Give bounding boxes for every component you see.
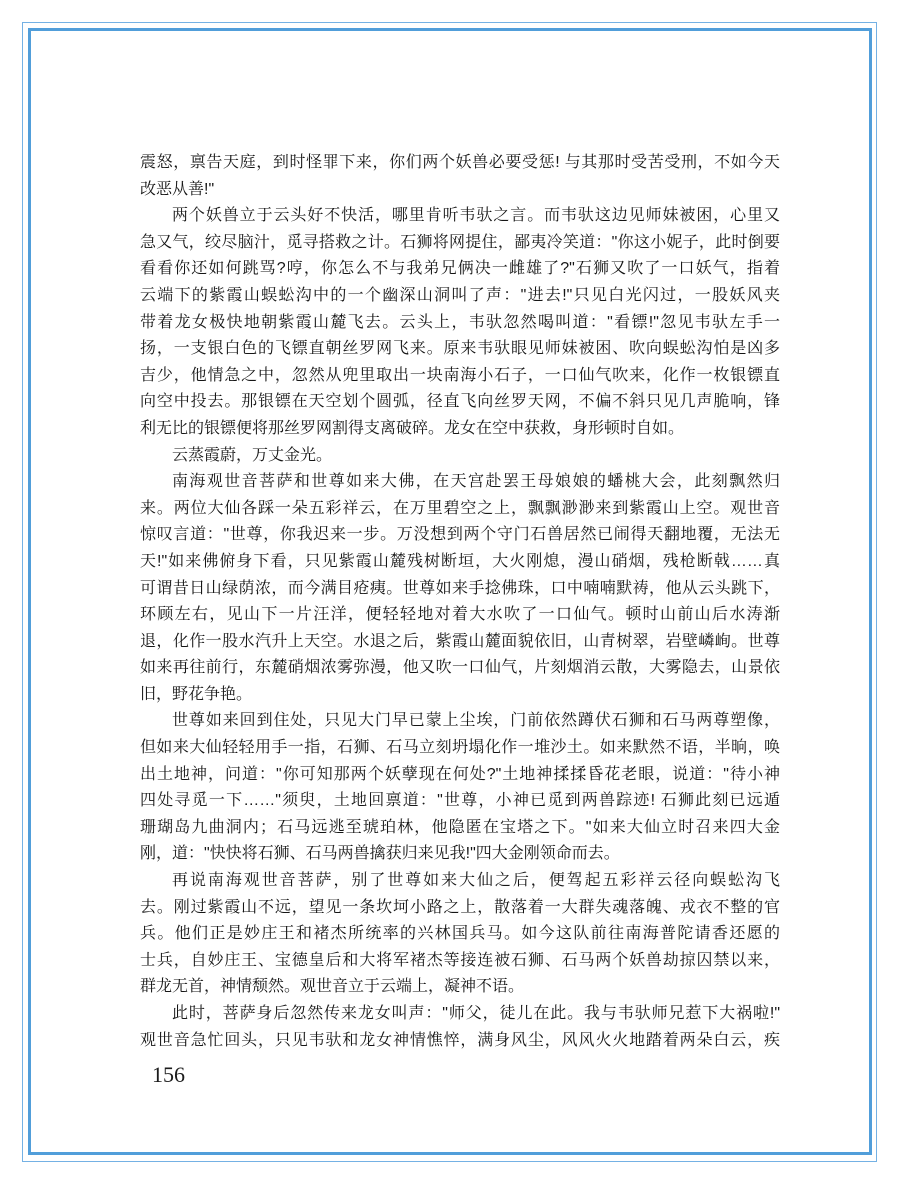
text-line: 带着龙女极快地朝紫霞山麓飞去。云头上，韦驮忽然喝叫道："看镖!"忽见韦驮左手一 <box>140 310 780 337</box>
text-line: 出土地神，问道："你可知那两个妖孽现在何处?"土地神揉揉昏花老眼，说道："待小神 <box>140 762 780 789</box>
paragraph: 云蒸霞蔚，万丈金光。 <box>140 443 780 470</box>
text-line: 云端下的紫霞山蜈蚣沟中的一个幽深山洞叫了声："进去!"只见白光闪过，一股妖风夹 <box>140 283 780 310</box>
text-line: 看看你还如何跳骂?哼，你怎么不与我弟兄俩决一雌雄了?"石狮又吹了一口妖气，指着 <box>140 256 780 283</box>
text-line: 但如来大仙轻轻用手一指，石狮、石马立刻坍塌化作一堆沙土。如来默然不语，半晌，唤 <box>140 735 780 762</box>
text-line: 世尊如来回到住处，只见大门早已蒙上尘埃，门前依然蹲伏石狮和石马两尊塑像， <box>140 708 780 735</box>
text-line: 急又气，绞尽脑汁，觅寻搭救之计。石狮将网提住，鄙夷冷笑道："你这小妮子，此时倒要 <box>140 230 780 257</box>
page-number: 156 <box>152 1062 185 1088</box>
paragraph: 两个妖兽立于云头好不快活，哪里肯听韦驮之言。而韦驮这边见师妹被困，心里又 急又气… <box>140 203 780 442</box>
text-line: 利无比的银镖便将那丝罗网割得支离破碎。龙女在空中获救，身形顿时自如。 <box>140 416 780 443</box>
text-line: 士兵，自妙庄王、宝德皇后和大将军褚杰等接连被石狮、石马两个妖兽劫掠囚禁以来， <box>140 948 780 975</box>
text-line: 兵。他们正是妙庄王和褚杰所统率的兴林国兵马。如今这队前往南海普陀请香还愿的 <box>140 921 780 948</box>
text-line: 扬，一支银白色的飞镖直朝丝罗网飞来。原来韦驮眼见师妹被困、吹向蜈蚣沟怕是凶多 <box>140 336 780 363</box>
page-text: 震怒，禀告天庭，到时怪罪下来，你们两个妖兽必要受惩! 与其那时受苦受刑，不如今天… <box>140 150 780 1054</box>
paragraph: 此时，菩萨身后忽然传来龙女叫声："师父，徒儿在此。我与韦驮师兄惹下大祸啦!" 观… <box>140 1001 780 1054</box>
text-line: 向空中投去。那银镖在天空划个圆弧，径直飞向丝罗天网，不偏不斜只见几声脆响，锋 <box>140 389 780 416</box>
text-line: 再说南海观世音菩萨，别了世尊如来大仙之后，便驾起五彩祥云径向蜈蚣沟飞 <box>140 868 780 895</box>
text-line: 环顾左右，见山下一片汪洋，便轻轻地对着大水吹了一口仙气。顿时山前山后水涛渐 <box>140 602 780 629</box>
text-line: 震怒，禀告天庭，到时怪罪下来，你们两个妖兽必要受惩! 与其那时受苦受刑，不如今天 <box>140 150 780 177</box>
text-line: 去。刚过紫霞山不远，望见一条坎坷小路之上，散落着一大群失魂落魄、戎衣不整的官 <box>140 895 780 922</box>
text-line: 四处寻觅一下……"须臾，土地回禀道："世尊，小神已觅到两兽踪迹! 石狮此刻已远遁 <box>140 788 780 815</box>
text-line: 观世音急忙回头，只见韦驮和龙女神情憔悴，满身风尘，风风火火地踏着两朵白云，疾 <box>140 1028 780 1055</box>
text-line: 此时，菩萨身后忽然传来龙女叫声："师父，徒儿在此。我与韦驮师兄惹下大祸啦!" <box>140 1001 780 1028</box>
text-line: 如来再往前行，东麓硝烟浓雾弥漫，他又吹一口仙气，片刻烟消云散，大雾隐去，山景依 <box>140 655 780 682</box>
text-line: 改恶从善!" <box>140 177 780 204</box>
text-line: 珊瑚岛九曲洞内；石马远逃至琥珀林，他隐匿在宝塔之下。"如来大仙立时召来四大金 <box>140 815 780 842</box>
text-line: 南海观世音菩萨和世尊如来大佛，在天宫赴罢王母娘娘的蟠桃大会，此刻飘然归 <box>140 469 780 496</box>
text-line: 惊叹言道："世尊，你我迟来一步。万没想到两个守门石兽居然已闹得天翻地覆，无法无 <box>140 522 780 549</box>
text-line: 旧，野花争艳。 <box>140 682 780 709</box>
paragraph: 再说南海观世音菩萨，别了世尊如来大仙之后，便驾起五彩祥云径向蜈蚣沟飞 去。刚过紫… <box>140 868 780 1001</box>
text-line: 群龙无首，神情颓然。观世音立于云端上，凝神不语。 <box>140 974 780 1001</box>
paragraph: 南海观世音菩萨和世尊如来大佛，在天宫赴罢王母娘娘的蟠桃大会，此刻飘然归 来。两位… <box>140 469 780 708</box>
text-line: 吉少，他情急之中，忽然从兜里取出一块南海小石子，一口仙气吹来，化作一枚银镖直 <box>140 363 780 390</box>
book-page: 震怒，禀告天庭，到时怪罪下来，你们两个妖兽必要受惩! 与其那时受苦受刑，不如今天… <box>0 0 900 1184</box>
text-line: 刚，道："快快将石狮、石马两兽擒获归来见我!"四大金刚领命而去。 <box>140 841 780 868</box>
text-line: 退，化作一股水汽升上天空。水退之后，紫霞山麓面貌依旧，山青树翠，岩壁嶙峋。世尊 <box>140 629 780 656</box>
text-line: 可谓昔日山绿荫浓，而今满目疮痍。世尊如来手捻佛珠，口中喃喃默祷，他从云头跳下， <box>140 576 780 603</box>
text-line: 云蒸霞蔚，万丈金光。 <box>140 443 780 470</box>
text-line: 两个妖兽立于云头好不快活，哪里肯听韦驮之言。而韦驮这边见师妹被困，心里又 <box>140 203 780 230</box>
text-line: 天!"如来佛俯身下看，只见紫霞山麓残树断垣，大火刚熄，漫山硝烟，残枪断戟……真 <box>140 549 780 576</box>
paragraph: 震怒，禀告天庭，到时怪罪下来，你们两个妖兽必要受惩! 与其那时受苦受刑，不如今天… <box>140 150 780 203</box>
paragraph: 世尊如来回到住处，只见大门早已蒙上尘埃，门前依然蹲伏石狮和石马两尊塑像， 但如来… <box>140 708 780 868</box>
text-line: 来。两位大仙各踩一朵五彩祥云，在万里碧空之上，飘飘渺渺来到紫霞山上空。观世音 <box>140 496 780 523</box>
